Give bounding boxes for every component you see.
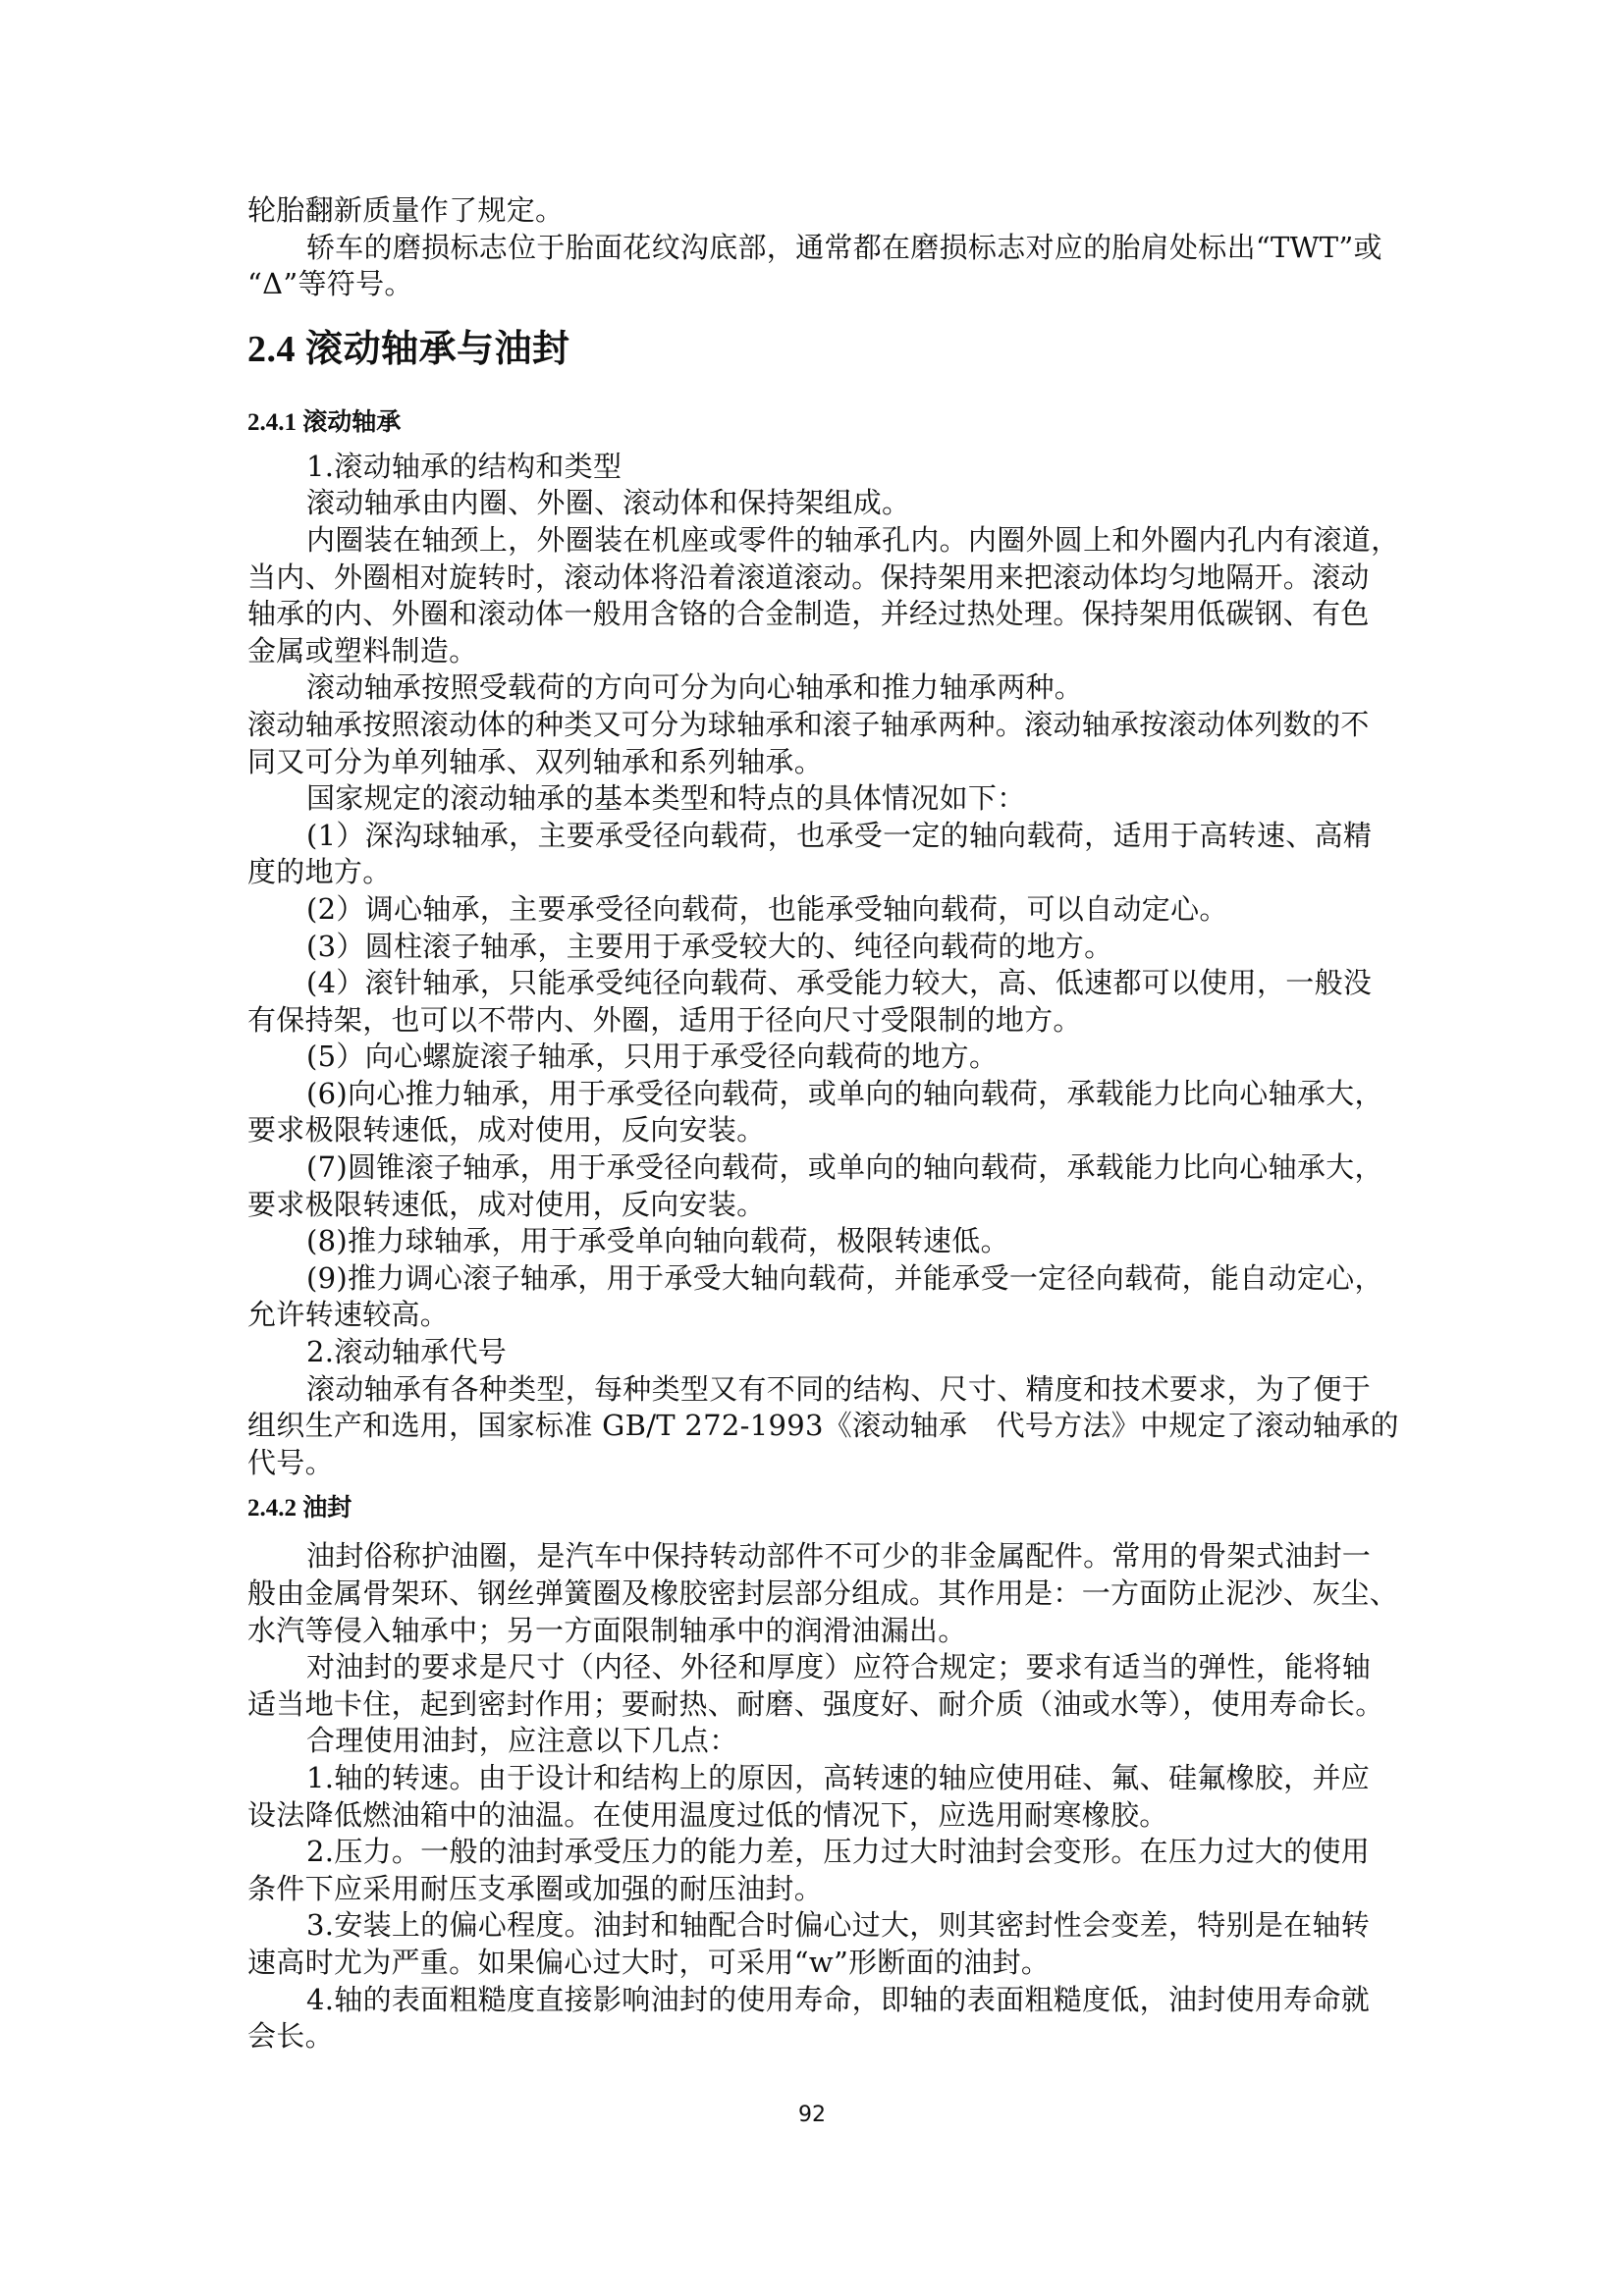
text-line: (4）滚针轴承，只能承受纯径向载荷、承受能力较大，高、低速都可以使用，一般没 bbox=[247, 965, 1353, 1002]
document-page: 轮胎翻新质量作了规定。 轿车的磨损标志位于胎面花纹沟底部，通常都在磨损标志对应的… bbox=[0, 0, 1624, 2296]
text-line: 水汽等侵入轴承中；另一方面限制轴承中的润滑油漏出。 bbox=[247, 1613, 1353, 1650]
text-line: 轴承的内、外圈和滚动体一般用含铬的合金制造，并经过热处理。保持架用低碳钢、有色 bbox=[247, 596, 1353, 633]
text-line: 对油封的要求是尺寸（内径、外径和厚度）应符合规定；要求有适当的弹性，能将轴 bbox=[247, 1649, 1353, 1686]
subsection-heading-bearings: 2.4.1 滚动轴承 bbox=[247, 407, 1353, 439]
text-line: 内圈装在轴颈上，外圈装在机座或零件的轴承孔内。内圈外圆上和外圈内孔内有滚道， bbox=[247, 522, 1353, 560]
text-line: (9)推力调心滚子轴承，用于承受大轴向载荷，并能承受一定径向载荷，能自动定心， bbox=[247, 1260, 1353, 1298]
text-line: (1）深沟球轴承，主要承受径向载荷，也承受一定的轴向载荷，适用于高转速、高精 bbox=[247, 818, 1353, 855]
text-line: 合理使用油封，应注意以下几点： bbox=[247, 1723, 1353, 1760]
text-line: (2）调心轴承，主要承受径向载荷，也能承受轴向载荷，可以自动定心。 bbox=[247, 891, 1353, 929]
subsection-heading-oil-seal: 2.4.2 油封 bbox=[247, 1493, 1353, 1524]
text-line: 当内、外圈相对旋转时，滚动体将沿着滚道滚动。保持架用来把滚动体均匀地隔开。滚动 bbox=[247, 560, 1353, 597]
text-line: 设法降低燃油箱中的油温。在使用温度过低的情况下，应选用耐寒橡胶。 bbox=[247, 1797, 1353, 1835]
page-content: 轮胎翻新质量作了规定。 轿车的磨损标志位于胎面花纹沟底部，通常都在磨损标志对应的… bbox=[247, 192, 1353, 2056]
text-line: 组织生产和选用，国家标准 GB/T 272-1993《滚动轴承 代号方法》中规定… bbox=[247, 1408, 1353, 1445]
text-line: 有保持架，也可以不带内、外圈，适用于径向尺寸受限制的地方。 bbox=[247, 1002, 1353, 1040]
text-line: 要求极限转速低，成对使用，反向安装。 bbox=[247, 1112, 1353, 1149]
text-line: 代号。 bbox=[247, 1445, 1353, 1482]
subsection-body-oil-seal: 油封俗称护油圈，是汽车中保持转动部件不可少的非金属配件。常用的骨架式油封一般由金… bbox=[247, 1538, 1353, 2055]
text-line: 滚动轴承有各种类型，每种类型又有不同的结构、尺寸、精度和技术要求，为了便于 bbox=[247, 1371, 1353, 1409]
text-line: 滚动轴承按照受载荷的方向可分为向心轴承和推力轴承两种。 bbox=[247, 669, 1353, 707]
text-line: 金属或塑料制造。 bbox=[247, 633, 1353, 670]
text-line: 要求极限转速低，成对使用，反向安装。 bbox=[247, 1187, 1353, 1224]
text-line: 会长。 bbox=[247, 2018, 1353, 2056]
text-line: (3）圆柱滚子轴承，主要用于承受较大的、纯径向载荷的地方。 bbox=[247, 929, 1353, 966]
text-line: 般由金属骨架环、钢丝弹簧圈及橡胶密封层部分组成。其作用是：一方面防止泥沙、灰尘、 bbox=[247, 1575, 1353, 1613]
section-heading: 2.4 滚动轴承与油封 bbox=[247, 325, 1353, 374]
page-number: 92 bbox=[0, 2103, 1624, 2127]
text-line: 度的地方。 bbox=[247, 854, 1353, 891]
text-line: 国家规定的滚动轴承的基本类型和特点的具体情况如下： bbox=[247, 780, 1353, 818]
text-line: 滚动轴承由内圈、外圈、滚动体和保持架组成。 bbox=[247, 485, 1353, 522]
intro-line: “Δ”等符号。 bbox=[247, 266, 1353, 303]
text-line: 条件下应采用耐压支承圈或加强的耐压油封。 bbox=[247, 1871, 1353, 1908]
text-line: 3.安装上的偏心程度。油封和轴配合时偏心过大，则其密封性会变差，特别是在轴转 bbox=[247, 1907, 1353, 1945]
text-line: (7)圆锥滚子轴承，用于承受径向载荷，或单向的轴向载荷，承载能力比向心轴承大， bbox=[247, 1149, 1353, 1187]
intro-line: 轮胎翻新质量作了规定。 bbox=[247, 192, 1353, 230]
text-line: 油封俗称护油圈，是汽车中保持转动部件不可少的非金属配件。常用的骨架式油封一 bbox=[247, 1538, 1353, 1575]
text-line: 速高时尤为严重。如果偏心过大时，可采用“w”形断面的油封。 bbox=[247, 1945, 1353, 1982]
text-line: 同又可分为单列轴承、双列轴承和系列轴承。 bbox=[247, 744, 1353, 781]
text-line: 滚动轴承按照滚动体的种类又可分为球轴承和滚子轴承两种。滚动轴承按滚动体列数的不 bbox=[247, 707, 1353, 744]
subsection-body-bearings: 1.滚动轴承的结构和类型滚动轴承由内圈、外圈、滚动体和保持架组成。内圈装在轴颈上… bbox=[247, 449, 1353, 1482]
text-line: 2.滚动轴承代号 bbox=[247, 1334, 1353, 1371]
text-line: 适当地卡住，起到密封作用；要耐热、耐磨、强度好、耐介质（油或水等），使用寿命长。 bbox=[247, 1686, 1353, 1724]
text-line: (6)向心推力轴承，用于承受径向载荷，或单向的轴向载荷，承载能力比向心轴承大， bbox=[247, 1076, 1353, 1113]
text-line: 1.轴的转速。由于设计和结构上的原因，高转速的轴应使用硅、氟、硅氟橡胶，并应 bbox=[247, 1760, 1353, 1797]
text-line: 4.轴的表面粗糙度直接影响油封的使用寿命，即轴的表面粗糙度低，油封使用寿命就 bbox=[247, 1982, 1353, 2019]
text-line: 允许转速较高。 bbox=[247, 1297, 1353, 1334]
text-line: (5）向心螺旋滚子轴承，只用于承受径向载荷的地方。 bbox=[247, 1039, 1353, 1076]
text-line: 1.滚动轴承的结构和类型 bbox=[247, 449, 1353, 486]
text-line: 2.压力。一般的油封承受压力的能力差，压力过大时油封会变形。在压力过大的使用 bbox=[247, 1834, 1353, 1871]
text-line: (8)推力球轴承，用于承受单向轴向载荷，极限转速低。 bbox=[247, 1223, 1353, 1260]
intro-line: 轿车的磨损标志位于胎面花纹沟底部，通常都在磨损标志对应的胎肩处标出“TWT”或 bbox=[247, 230, 1353, 267]
